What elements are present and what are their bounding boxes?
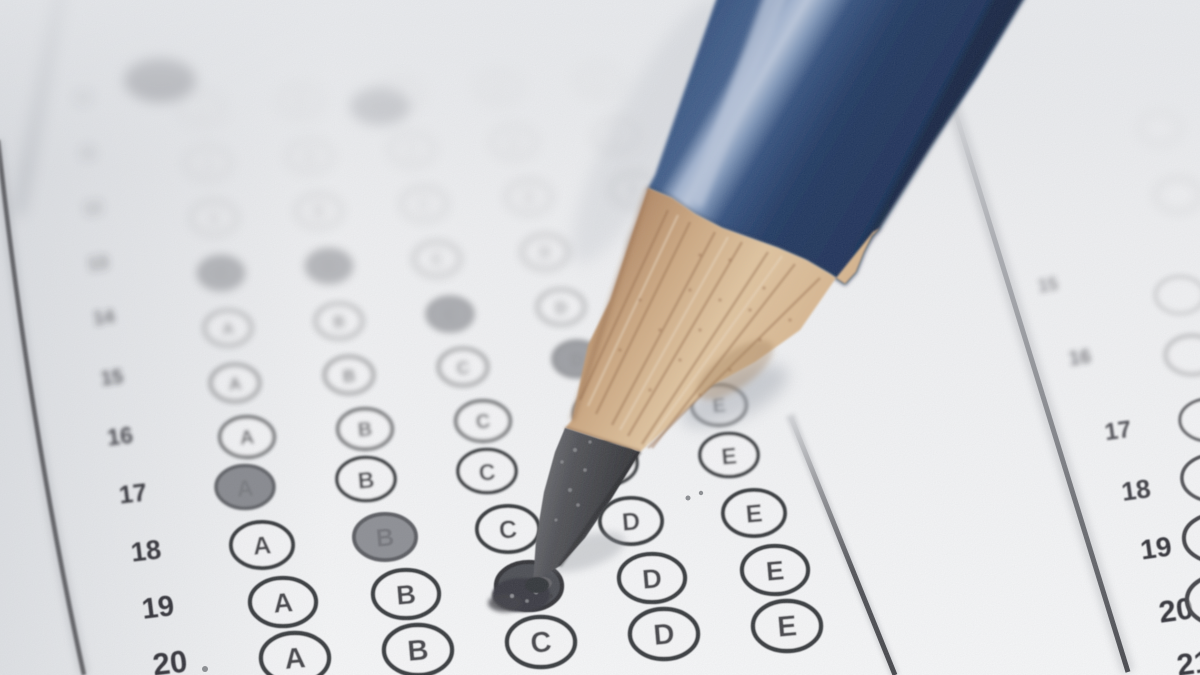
answer-sheet-photo: 10ABCDE11ABCDE12ABCDE13ABCDE14ABCDE15ABC…	[0, 0, 1200, 675]
photo-grain	[0, 0, 1200, 675]
scantron-photo: 10ABCDE11ABCDE12ABCDE13ABCDE14ABCDE15ABC…	[0, 0, 1200, 675]
